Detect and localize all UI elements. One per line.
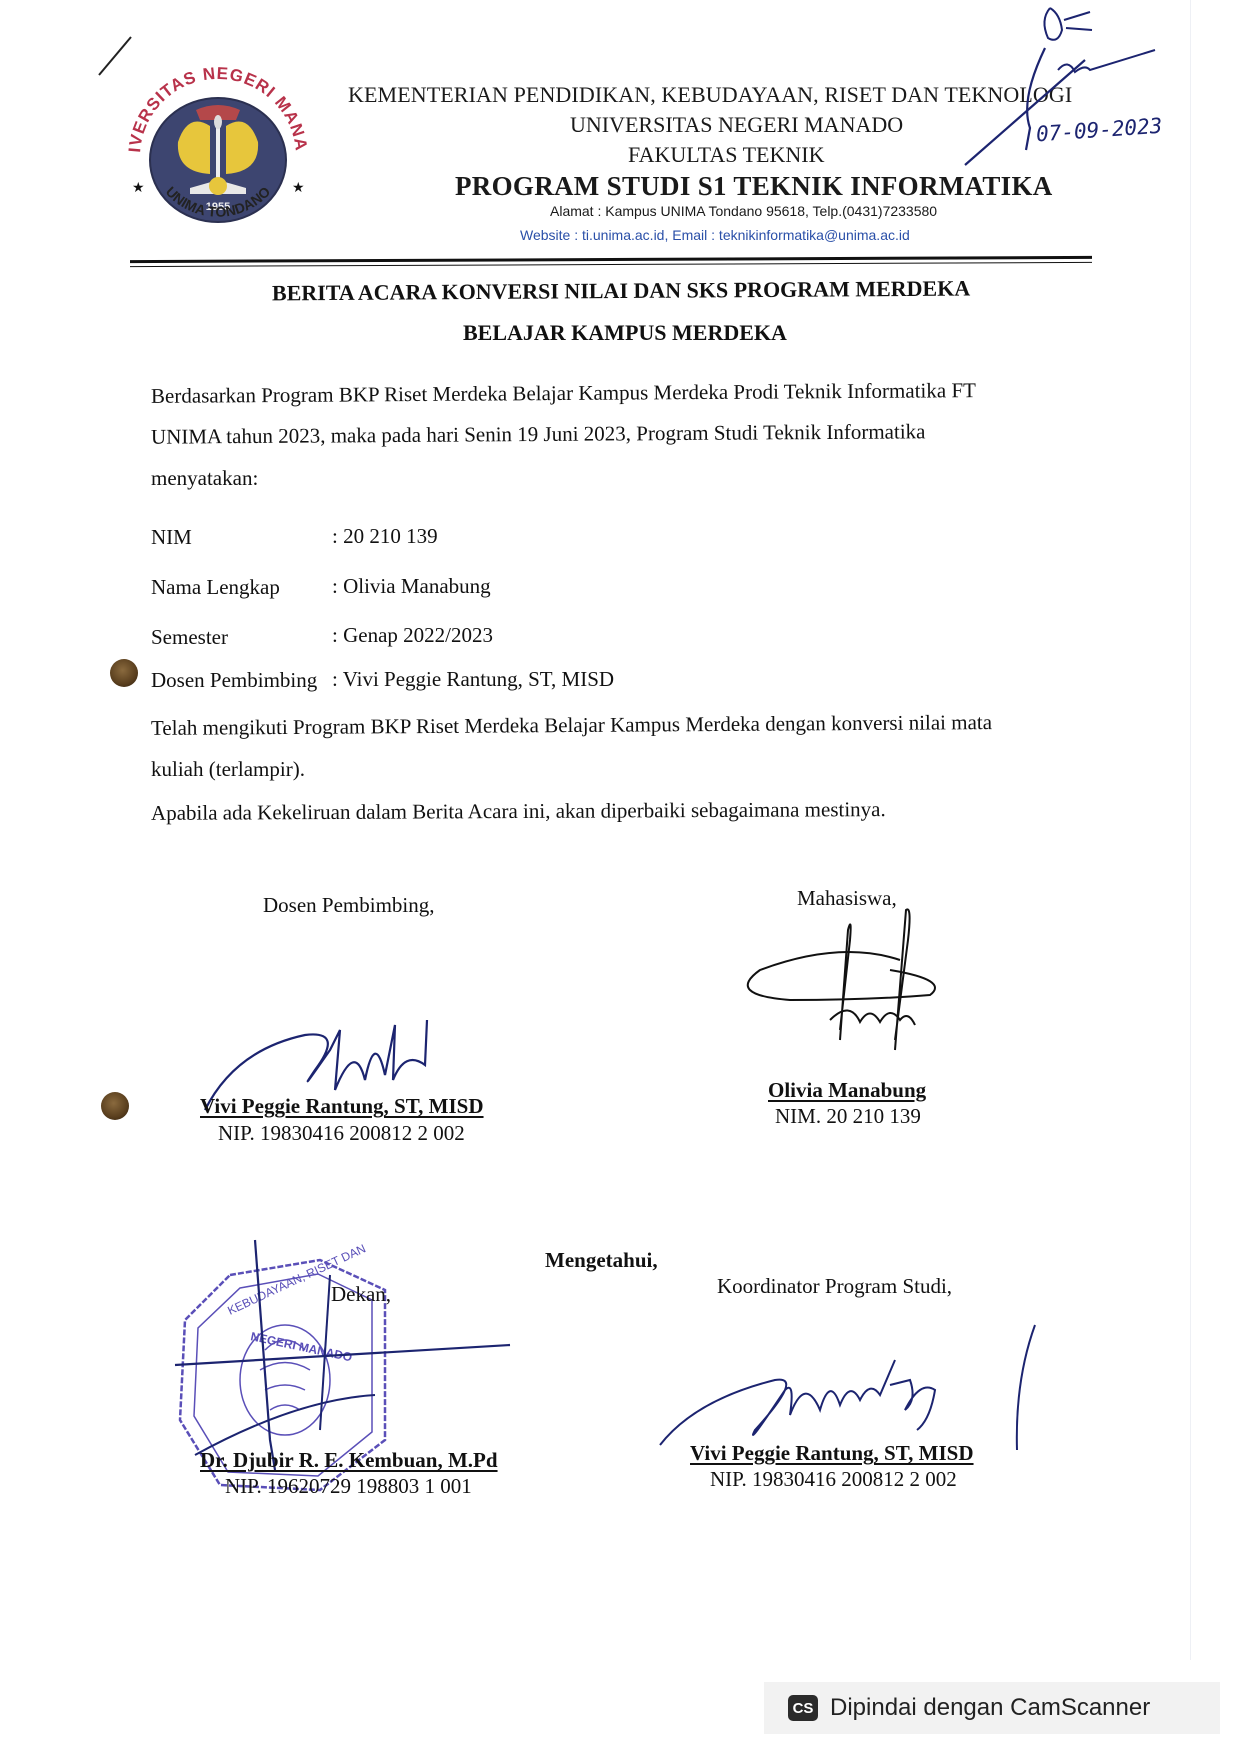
university-logo: UNIVERSITAS NEGERI MANADO 1955 ★ ★ UNIMA… [118, 62, 318, 232]
field-value-semester: : Genap 2022/2023 [332, 623, 493, 648]
dean-name: Dr. Djubir R. E. Kembuan, M.Pd [200, 1448, 498, 1473]
advisor-name: Vivi Peggie Rantung, ST, MISD [200, 1094, 484, 1119]
punch-hole [110, 659, 138, 687]
acknowledged-label: Mengetahui, [545, 1248, 658, 1273]
dean-nip: NIP. 19620729 198803 1 001 [225, 1474, 472, 1499]
university-name: UNIVERSITAS NEGERI MANADO [570, 112, 903, 138]
advisor-role: Dosen Pembimbing, [263, 893, 435, 918]
field-value-advisor: : Vivi Peggie Rantung, ST, MISD [332, 667, 614, 692]
contact-line: Website : ti.unima.ac.id, Email : teknik… [520, 227, 910, 243]
statement-line-2: kuliah (terlampir). [151, 757, 305, 782]
closing-line: Apabila ada Kekeliruan dalam Berita Acar… [151, 797, 886, 826]
pen-mark [95, 35, 135, 80]
student-role: Mahasiswa, [797, 886, 897, 911]
field-label-nim: NIM [151, 525, 192, 550]
advisor-nip: NIP. 19830416 200812 2 002 [218, 1121, 465, 1146]
field-value-name: : Olivia Manabung [332, 574, 491, 599]
coordinator-name: Vivi Peggie Rantung, ST, MISD [690, 1441, 974, 1466]
address-line: Alamat : Kampus UNIMA Tondano 95618, Tel… [550, 203, 937, 219]
student-nim: NIM. 20 210 139 [775, 1104, 921, 1129]
field-label-advisor: Dosen Pembimbing [151, 668, 317, 693]
punch-hole [101, 1092, 129, 1120]
document-title-line2: BELAJAR KAMPUS MERDEKA [463, 320, 787, 346]
dean-role: Dekan, [331, 1282, 391, 1307]
camscanner-label: Dipindai dengan CamScanner [830, 1694, 1150, 1722]
field-label-semester: Semester [151, 625, 228, 650]
student-signature [730, 910, 950, 1060]
document-title-line1: BERITA ACARA KONVERSI NILAI DAN SKS PROG… [272, 276, 970, 307]
student-name: Olivia Manabung [768, 1078, 926, 1103]
camscanner-icon: CS [788, 1695, 818, 1721]
camscanner-watermark: CS Dipindai dengan CamScanner [764, 1682, 1220, 1734]
svg-text:★: ★ [292, 181, 305, 196]
coordinator-role: Koordinator Program Studi, [717, 1274, 952, 1299]
program-name: PROGRAM STUDI S1 TEKNIK INFORMATIKA [455, 171, 1053, 202]
field-label-name: Nama Lengkap [151, 575, 280, 600]
intro-line-3: menyatakan: [151, 466, 258, 491]
svg-text:★: ★ [132, 181, 145, 196]
faculty-name: FAKULTAS TEKNIK [628, 142, 824, 168]
coordinator-nip: NIP. 19830416 200812 2 002 [710, 1467, 957, 1492]
field-value-nim: : 20 210 139 [332, 524, 438, 549]
